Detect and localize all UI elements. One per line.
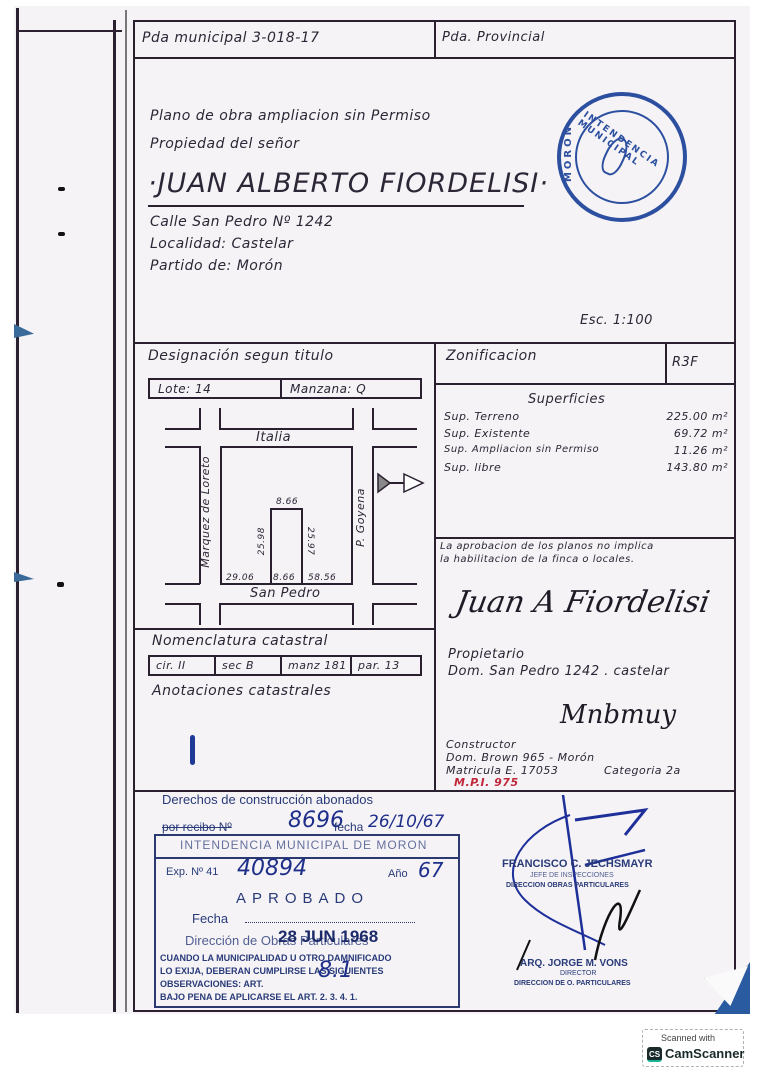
street-right: P. Goyena xyxy=(354,488,367,547)
street-left: Marquez de Loreto xyxy=(199,456,212,568)
pda-provincial: Pda. Provincial xyxy=(442,30,545,45)
binding-inner-line xyxy=(113,20,116,1012)
dim-bottom-mid: 8.66 xyxy=(273,573,295,583)
ano-value: 67 xyxy=(418,858,443,882)
zoning-divider xyxy=(434,383,736,385)
dim-bottom-left: 29.06 xyxy=(226,573,254,583)
camscanner-watermark: Scanned with CS CamScanner xyxy=(642,1029,744,1067)
condition-line4: BAJO PENA DE APLICARSE EL ART. 2. 3. 4. … xyxy=(160,992,357,1002)
fecha-label: fecha xyxy=(334,820,363,834)
owner-address: Dom. San Pedro 1242 . castelar xyxy=(448,664,669,679)
official1-name: FRANCISCO C. JECHSMAYR xyxy=(502,858,653,870)
nomenclatura-par: par. 13 xyxy=(358,659,400,672)
official1-title: JEFE DE INSPECCIONES xyxy=(530,872,614,879)
locality: Localidad: Castelar xyxy=(150,236,293,252)
article-value: 8.1 xyxy=(318,958,353,983)
watermark-brand: CamScanner xyxy=(665,1046,744,1061)
designation-title: Designación segun titulo xyxy=(148,348,334,364)
superficies-table: Sup. Terreno 225.00 m² Sup. Existente 69… xyxy=(444,410,728,478)
punch-mark xyxy=(58,187,65,191)
condition-line3: OBSERVACIONES: ART. xyxy=(160,979,263,989)
nomenclatura-sec: sec B xyxy=(222,659,254,672)
superficie-row: Sup. Ampliacion sin Permiso 11.26 m² xyxy=(444,444,728,461)
dim-bottom-right: 58.56 xyxy=(308,573,336,583)
nomenclatura-row: cir. II sec B manz 181 par. 13 xyxy=(148,655,422,676)
constructor-address: Dom. Brown 965 - Morón xyxy=(446,751,595,764)
approval-date-stamp: 28 JUN 1968 xyxy=(278,927,378,947)
ink-mark xyxy=(190,735,195,765)
punch-mark xyxy=(58,232,65,236)
district: Partido de: Morón xyxy=(150,258,283,274)
lote-manzana-row: Lote: 14 Manzana: Q xyxy=(148,378,422,399)
fecha-value: 26/10/67 xyxy=(368,812,444,832)
intendencia-label: INTENDENCIA MUNICIPAL DE MORON xyxy=(180,838,427,852)
owner-signature: Juan A Fiordelisi xyxy=(453,585,712,620)
official2-name: ARQ. JORGE M. VONS xyxy=(520,958,628,969)
camscanner-logo-icon: CS xyxy=(647,1047,662,1062)
superficie-row: Sup. Existente 69.72 m² xyxy=(444,427,728,444)
municipal-seal: INTENDENCIA MUNICIPAL MORON xyxy=(557,92,687,222)
superficies-divider xyxy=(434,537,736,539)
dim-top: 8.66 xyxy=(276,497,298,507)
column-divider xyxy=(434,342,436,790)
street-bottom: San Pedro xyxy=(250,586,320,601)
binding-edge-line xyxy=(16,8,19,1013)
superficies-title: Superficies xyxy=(528,392,605,407)
owner-role: Propietario xyxy=(448,647,524,662)
watermark-caption: Scanned with xyxy=(661,1033,715,1043)
lote: Lote: 14 xyxy=(158,382,211,396)
exp-label: Exp. Nº 41 xyxy=(166,866,218,878)
superficie-row: Sup. Terreno 225.00 m² xyxy=(444,410,728,427)
street-address: Calle San Pedro Nº 1242 xyxy=(150,214,333,230)
owner-name-underline xyxy=(148,205,524,207)
fecha2-label: Fecha xyxy=(192,911,228,926)
punch-mark xyxy=(57,582,64,587)
binding-fold-line xyxy=(125,10,127,1012)
ano-label: Año xyxy=(388,868,408,880)
manzana: Manzana: Q xyxy=(290,382,366,396)
street-top: Italia xyxy=(256,430,291,445)
plan-title: Plano de obra ampliacion sin Permiso xyxy=(150,108,431,124)
notice-line2: la habilitacion de la finca o locales. xyxy=(440,554,635,565)
notice-line1: La aprobacion de los planos no implica xyxy=(440,541,654,552)
dim-left-side: 25.98 xyxy=(257,527,267,555)
zoning-split xyxy=(665,342,667,384)
condition-line1: CUANDO LA MUNICIPALIDAD U OTRO DAMNIFICA… xyxy=(160,953,391,963)
header-split xyxy=(434,20,436,58)
property-of-label: Propiedad del señor xyxy=(150,136,299,152)
recibo-label: por recibo Nº xyxy=(162,820,232,834)
north-arrow-icon xyxy=(376,470,426,496)
superficie-row: Sup. libre 143.80 m² xyxy=(444,461,728,478)
owner-name: ·JUAN ALBERTO FIORDELISI· xyxy=(148,168,549,199)
nomenclatura-manz: manz 181 xyxy=(288,659,347,672)
nomenclatura-title: Nomenclatura catastral xyxy=(152,633,328,649)
seal-text-left: MORON xyxy=(563,124,574,182)
constructor-signature: Mnbmuy xyxy=(560,700,676,730)
zoning-label: Zonificacion xyxy=(446,348,537,364)
nomenclatura-circ: cir. II xyxy=(156,659,186,672)
official2-dept: DIRECCION DE O. PARTICULARES xyxy=(514,980,631,987)
exp-number: 40894 xyxy=(237,856,307,881)
scale: Esc. 1:100 xyxy=(580,313,653,328)
binding-top-line xyxy=(18,30,122,32)
aprobado-label: APROBADO xyxy=(236,890,369,907)
derechos-label: Derechos de construcción abonados xyxy=(162,792,373,807)
dim-right-side: 25.97 xyxy=(305,527,315,555)
official2-title: DIRECTOR xyxy=(560,970,596,977)
annotations-title: Anotaciones catastrales xyxy=(152,683,331,699)
constructor-role: Constructor xyxy=(446,738,516,751)
pda-municipal: Pda municipal 3-018-17 xyxy=(142,30,320,46)
constructor-categoria: Categoria 2a xyxy=(604,764,681,777)
official1-dept: DIRECCION OBRAS PARTICULARES xyxy=(506,882,629,889)
mpi-number: M.P.I. 975 xyxy=(454,776,519,789)
nomenclatura-divider xyxy=(133,628,435,630)
zoning-value: R3F xyxy=(672,355,698,370)
